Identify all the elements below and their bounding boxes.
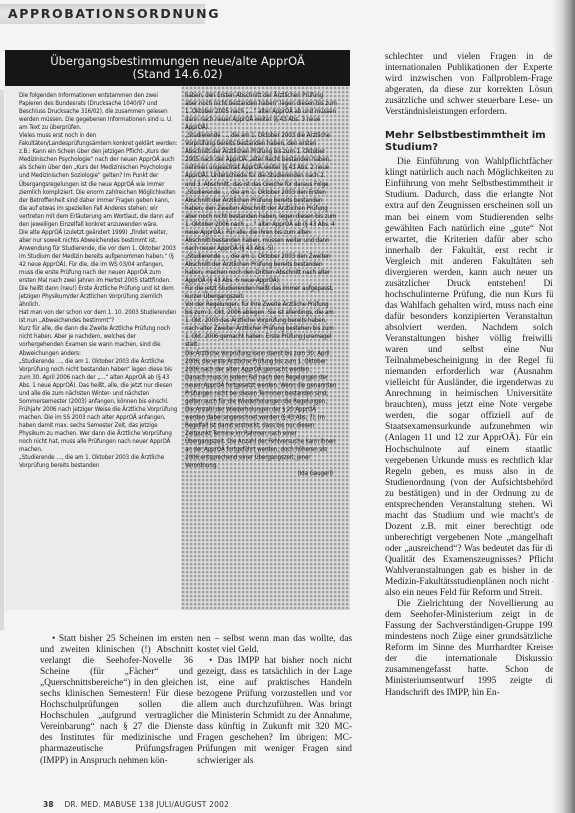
- paragraph: Die Ärztliche Vorprüfung kann damit bis …: [185, 350, 337, 374]
- page-footer: 38 DR. MED. MABUSE 138 JULI/AUGUST 2002: [43, 800, 229, 809]
- paragraph: Die Einführung von Wahlpflichtfächern kl…: [385, 157, 557, 599]
- scan-edge-shade: [0, 90, 4, 630]
- info-box-title: Übergangsbestimmungen neue/alte ApprOÄ (…: [5, 50, 350, 86]
- info-box-transition-rules: Übergangsbestimmungen neue/alte ApprOÄ (…: [5, 50, 350, 610]
- paragraph: „Studierende …, die am 1. Oktober 2003 d…: [19, 358, 179, 455]
- paragraph: „Studierende …, die am 1. Oktober 2003 d…: [185, 253, 337, 285]
- paragraph: „Studierende …, die am 1. Oktober 2003 d…: [185, 189, 337, 253]
- info-box-middle-column: haben, den Ersten Abschnitt der Ärztlich…: [185, 92, 337, 478]
- bullet-paragraph: • Statt bisher 25 Scheinen im ersten und…: [40, 634, 193, 767]
- body-column-b: nen – selbst wenn man das wollte, das ko…: [197, 634, 352, 767]
- paragraph: Die folgenden Informationen entstammen d…: [19, 92, 179, 132]
- paragraph: Kurz für alle, die dann die Zweite Ärztl…: [19, 325, 179, 357]
- paragraph: Vor der Regelungen, für Ihre Zweite Ärzt…: [185, 301, 337, 349]
- section-title: APPROBATIONSORDNUNG: [8, 6, 220, 21]
- page-number: 38: [43, 800, 54, 809]
- paragraph: „Studierende …, die am 1. Oktober 2003 d…: [19, 454, 179, 470]
- bullet-paragraph: • Das IMPP hat bisher noch nicht gezeigt…: [197, 656, 352, 766]
- body-column-c: schlechter und vielen Fragen in den inte…: [385, 52, 557, 699]
- publication-info: DR. MED. MABUSE 138 JULI/AUGUST 2002: [64, 800, 229, 809]
- paragraph: Danach muss in jedem Fall nach den Regel…: [185, 374, 337, 471]
- info-box-title-line2: (Stand 14.6.02): [5, 68, 350, 81]
- body-column-a: • Statt bisher 25 Scheinen im ersten und…: [40, 634, 193, 767]
- paragraph: Die alte ApprOÄ (zuletzt geändert 1999) …: [19, 229, 179, 309]
- paragraph: nen – selbst wenn man das wollte, das ko…: [197, 634, 352, 656]
- paragraph: Für die jetzt Studierenden heißt das imm…: [185, 285, 337, 301]
- paragraph: „Studierende …, die am 1. Oktober 2003 d…: [185, 132, 337, 188]
- info-box-body: Die folgenden Informationen entstammen d…: [5, 86, 350, 610]
- section-header-band: APPROBATIONSORDNUNG: [0, 4, 205, 24]
- author-signature: (Ida Gaugeri): [185, 470, 337, 478]
- page-gutter-shadow: [553, 0, 575, 813]
- paragraph: Vieles muss erst noch in den Fakultäten/…: [19, 132, 179, 229]
- subheading: Mehr Selbstbestimmtheit im Studium?: [385, 130, 557, 154]
- paragraph: Die Zielrichtung der Novellierung aus de…: [385, 599, 557, 698]
- paragraph: schlechter und vielen Fragen in den inte…: [385, 52, 557, 118]
- info-box-left-column: Die folgenden Informationen entstammen d…: [19, 92, 179, 470]
- paragraph: haben, den Ersten Abschnitt der Ärztlich…: [185, 92, 337, 132]
- paragraph: Hat man von der schon vor dem 1. 10. 200…: [19, 309, 179, 325]
